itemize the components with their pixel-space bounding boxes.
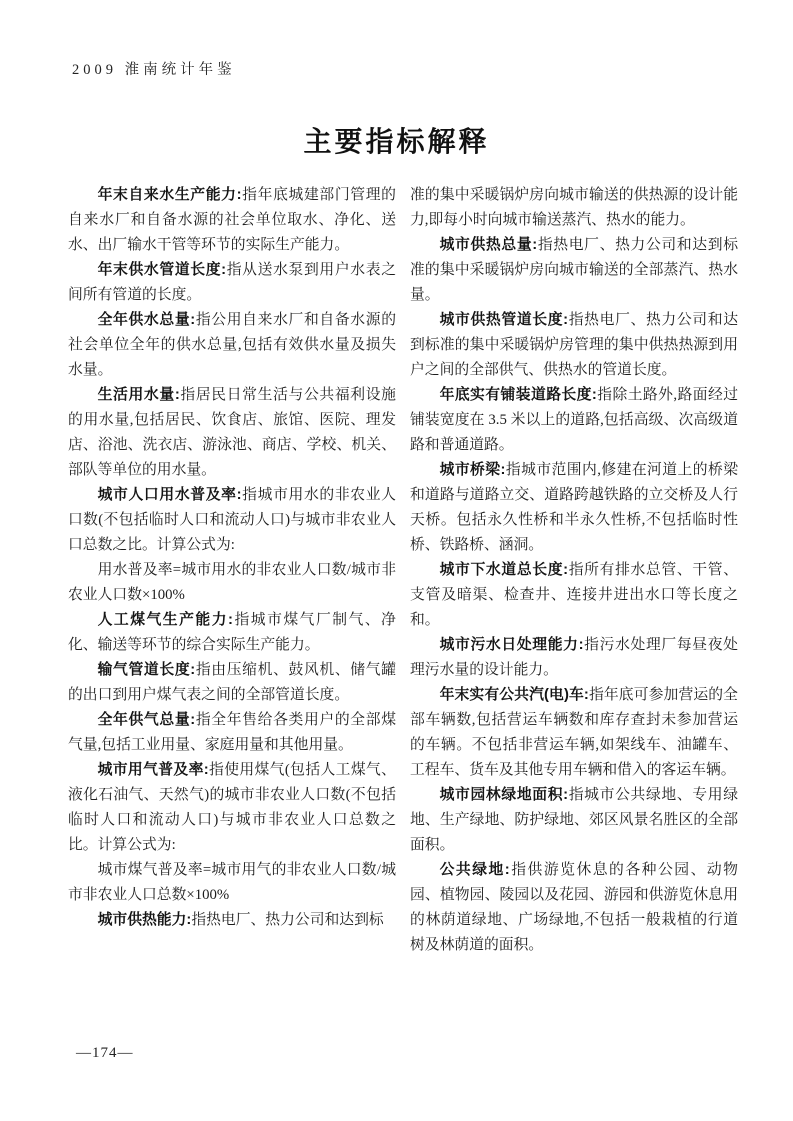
definition-entry: 城市桥梁:指城市范围内,修建在河道上的桥梁和道路与道路立交、道路跨越铁路的立交桥…: [410, 458, 738, 558]
left-column: 年末自来水生产能力:指年底城建部门管理的自来水厂和自备水源的社会单位取水、净化、…: [68, 183, 396, 958]
definition-entry: 人工煤气生产能力:指城市煤气厂制气、净化、输送等环节的综合实际生产能力。: [68, 608, 396, 658]
term-label: 年末供水管道长度:: [98, 262, 227, 278]
definition-entry: 城市人口用水普及率:指城市用水的非农业人口数(不包括临时人口和流动人口)与城市非…: [68, 483, 396, 558]
term-label: 城市污水日处理能力:: [440, 637, 584, 653]
term-label: 人工煤气生产能力:: [98, 612, 233, 628]
formula-line: 用水普及率=城市用水的非农业人口数/城市非农业人口数×100%: [68, 558, 396, 608]
definition-entry: 城市供热能力:指热电厂、热力公司和达到标: [68, 908, 396, 933]
term-label: 年末实有公共汽(电)车:: [440, 687, 589, 703]
term-label: 全年供气总量:: [98, 712, 196, 728]
definition-entry: 生活用水量:指居民日常生活与公共福利设施的用水量,包括居民、饮食店、旅馆、医院、…: [68, 383, 396, 483]
definition-entry: 年末实有公共汽(电)车:指年底可参加营运的全部车辆数,包括营运车辆数和库存查封未…: [410, 683, 738, 783]
term-label: 城市用气普及率:: [98, 762, 209, 778]
continuation-text: 准的集中采暖锅炉房向城市输送的供热源的设计能力,即每小时向城市输送蒸汽、热水的能…: [410, 183, 738, 233]
running-header: 2009 淮南统计年鉴: [72, 58, 236, 79]
right-column: 准的集中采暖锅炉房向城市输送的供热源的设计能力,即每小时向城市输送蒸汽、热水的能…: [410, 183, 738, 958]
definition-entry: 全年供水总量:指公用自来水厂和自备水源的社会单位全年的供水总量,包括有效供水量及…: [68, 308, 396, 383]
term-label: 公共绿地:: [440, 862, 510, 878]
term-label: 城市供热管道长度:: [440, 312, 569, 328]
definition-entry: 城市污水日处理能力:指污水处理厂每昼夜处理污水量的设计能力。: [410, 633, 738, 683]
definition-text: 指热电厂、热力公司和达到标: [191, 912, 383, 928]
term-label: 城市人口用水普及率:: [98, 487, 242, 503]
definition-entry: 城市下水道总长度:指所有排水总管、干管、支管及暗渠、检查井、连接井进出水口等长度…: [410, 558, 738, 633]
definition-entry: 年末供水管道长度:指从送水泵到用户水表之间所有管道的长度。: [68, 258, 396, 308]
term-label: 城市供热总量:: [440, 237, 538, 253]
two-column-body: 年末自来水生产能力:指年底城建部门管理的自来水厂和自备水源的社会单位取水、净化、…: [68, 183, 738, 958]
term-label: 城市桥梁:: [440, 462, 506, 478]
yearbook-page: { "document": { "header": "2009 淮南统计年鉴",…: [0, 0, 793, 1121]
definition-entry: 城市园林绿地面积:指城市公共绿地、专用绿地、生产绿地、防护绿地、郊区风景名胜区的…: [410, 783, 738, 858]
definition-entry: 全年供气总量:指全年售给各类用户的全部煤气量,包括工业用量、家庭用量和其他用量。: [68, 708, 396, 758]
term-label: 生活用水量:: [98, 387, 180, 403]
formula-line: 城市煤气普及率=城市用气的非农业人口数/城市非农业人口总数×100%: [68, 858, 396, 908]
definition-entry: 城市供热管道长度:指热电厂、热力公司和达到标准的集中采暖锅炉房管理的集中供热热源…: [410, 308, 738, 383]
definition-entry: 年底实有铺装道路长度:指除土路外,路面经过铺装宽度在 3.5 米以上的道路,包括…: [410, 383, 738, 458]
page-title: 主要指标解释: [0, 120, 793, 160]
page-number: —174—: [76, 1045, 134, 1062]
definition-entry: 城市用气普及率:指使用煤气(包括人工煤气、液化石油气、天然气)的城市非农业人口数…: [68, 758, 396, 858]
term-label: 输气管道长度:: [98, 662, 196, 678]
definition-entry: 年末自来水生产能力:指年底城建部门管理的自来水厂和自备水源的社会单位取水、净化、…: [68, 183, 396, 258]
term-label: 全年供水总量:: [98, 312, 196, 328]
definition-entry: 城市供热总量:指热电厂、热力公司和达到标准的集中采暖锅炉房向城市输送的全部蒸汽、…: [410, 233, 738, 308]
definition-entry: 公共绿地:指供游览休息的各种公园、动物园、植物园、陵园以及花园、游园和供游览休息…: [410, 858, 738, 958]
term-label: 城市园林绿地面积:: [440, 787, 569, 803]
term-label: 城市供热能力:: [98, 912, 192, 928]
term-label: 年底实有铺装道路长度:: [440, 387, 597, 403]
term-label: 城市下水道总长度:: [440, 562, 569, 578]
term-label: 年末自来水生产能力:: [98, 187, 242, 203]
definition-entry: 输气管道长度:指由压缩机、鼓风机、储气罐的出口到用户煤气表之间的全部管道长度。: [68, 658, 396, 708]
